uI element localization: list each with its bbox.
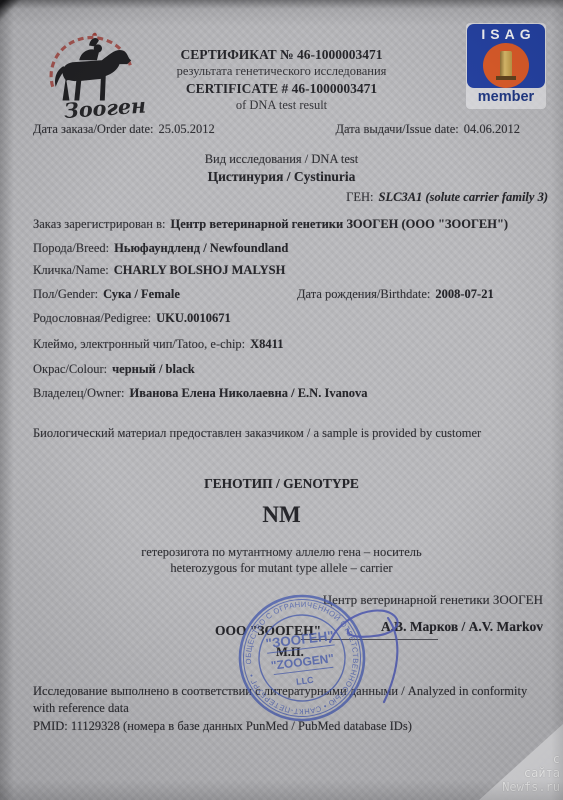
isag-member-label: member xyxy=(466,89,546,105)
breed-value: Ньюфаундленд / Newfoundland xyxy=(114,241,288,255)
gene-label: ГЕН: xyxy=(346,190,373,204)
owner-value: Иванова Елена Николаевна / E.N. Ivanova xyxy=(129,386,367,400)
watermark-line1: с xyxy=(502,752,560,766)
registered-row: Заказ зарегистрирован в:Центр ветеринарн… xyxy=(33,217,508,232)
pedigree-row: Родословная/Pedigree:UKU.0010671 xyxy=(33,311,231,326)
genotype-description-en: heterozygous for mutant type allele – ca… xyxy=(0,561,563,576)
test-type-line: Вид исследования / DNA test xyxy=(0,152,563,167)
gene-line: ГЕН:SLC3A1 (solute carrier family 3) xyxy=(346,190,548,205)
isag-trophy-icon xyxy=(500,51,512,77)
issue-date-value: 04.06.2012 xyxy=(464,122,520,136)
gene-value: SLC3A1 (solute carrier family 3) xyxy=(379,190,548,204)
handwritten-signature xyxy=(318,598,468,713)
owner-label: Владелец/Owner: xyxy=(33,386,124,400)
dog-name-value: CHARLY BOLSHOJ MALYSH xyxy=(114,263,286,277)
isag-trophy-base-icon xyxy=(496,76,516,80)
issue-date-row: Дата выдачи/Issue date:04.06.2012 xyxy=(335,122,520,137)
tatoo-row: Клеймо, электронный чип/Tatoo, e-chip:X8… xyxy=(33,337,283,352)
pmid-line: PMID: 11129328 (номера в базе данных Pun… xyxy=(33,719,412,734)
birthdate-label: Дата рождения/Birthdate: xyxy=(297,287,430,301)
watermark-line2: сайта xyxy=(502,766,560,780)
colour-value: черный / black xyxy=(112,362,195,376)
isag-badge-square: ISAG xyxy=(467,24,545,88)
registered-value: Центр ветеринарной генетики ЗООГЕН (ООО … xyxy=(170,217,508,231)
owner-row: Владелец/Owner:Иванова Елена Николаевна … xyxy=(33,386,368,401)
genotype-value: NM xyxy=(0,502,563,528)
watermark-text: с сайта Newfs.ru xyxy=(502,752,560,794)
tatoo-label: Клеймо, электронный чип/Tatoo, e-chip: xyxy=(33,337,245,351)
birthdate-row: Дата рождения/Birthdate:2008-07-21 xyxy=(297,287,494,302)
colour-row: Окрас/Colour:черный / black xyxy=(33,362,195,377)
genotype-description-ru: гетерозигота по мутантному аллелю гена –… xyxy=(0,545,563,560)
conformity-line2: with reference data xyxy=(33,701,129,716)
breed-label: Порода/Breed: xyxy=(33,241,109,255)
issue-date-label: Дата выдачи/Issue date: xyxy=(335,122,458,136)
disease-name: Цистинурия / Cystinuria xyxy=(0,169,563,185)
sample-note: Биологический материал предоставлен зака… xyxy=(33,426,481,441)
order-date-label: Дата заказа/Order date: xyxy=(33,122,153,136)
certificate-photo: Зооген СЕРТИФИКАТ № 46-1000003471 резуль… xyxy=(0,0,563,800)
stamp-inner-line3: LLC xyxy=(296,675,315,687)
watermark-line3: Newfs.ru xyxy=(502,780,560,794)
breed-row: Порода/Breed:Ньюфаундленд / Newfoundland xyxy=(33,241,288,256)
gender-row: Пол/Gender:Сука / Female xyxy=(33,287,180,302)
order-date-value: 25.05.2012 xyxy=(158,122,214,136)
dog-name-label: Кличка/Name: xyxy=(33,263,109,277)
gender-value: Сука / Female xyxy=(103,287,180,301)
order-date-row: Дата заказа/Order date:25.05.2012 xyxy=(33,122,215,137)
genotype-heading: ГЕНОТИП / GENOTYPE xyxy=(0,476,563,492)
registered-label: Заказ зарегистрирован в: xyxy=(33,217,165,231)
dog-name-row: Кличка/Name:CHARLY BOLSHOJ MALYSH xyxy=(33,263,285,278)
gender-label: Пол/Gender: xyxy=(33,287,98,301)
isag-member-badge: ISAG member xyxy=(466,23,546,109)
tatoo-value: X8411 xyxy=(250,337,283,351)
pedigree-label: Родословная/Pedigree: xyxy=(33,311,151,325)
birthdate-value: 2008-07-21 xyxy=(435,287,493,301)
pedigree-value: UKU.0010671 xyxy=(156,311,231,325)
colour-label: Окрас/Colour: xyxy=(33,362,107,376)
isag-badge-circle-icon xyxy=(483,43,529,88)
isag-badge-text: ISAG xyxy=(481,26,535,42)
